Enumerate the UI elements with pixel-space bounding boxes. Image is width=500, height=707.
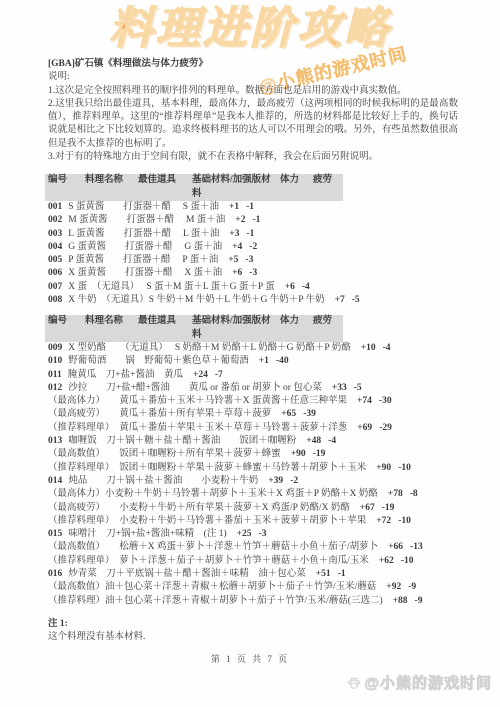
column-header-stamina: 体力 <box>280 174 313 201</box>
column-header-dish: 料理名称 <box>85 315 138 342</box>
recipe-text: G 蛋黄酱 打蛋器＋醋 G 蛋＋油 <box>68 242 222 252</box>
column-header-dish: 料理名称 <box>85 174 138 201</box>
recipe-row: 005P 蛋黄酱 打蛋器＋醋 P 蛋＋油+5-3 <box>48 254 458 267</box>
recipe-text: （最高数值） 松蘑＋X 鸡蛋＋萝卜＋洋葱＋竹笋＋蘑菇＋小鱼＋茄子/胡萝卜 <box>48 542 378 552</box>
stamina-value: +69 <box>357 423 372 433</box>
fatigue-value: -5 <box>354 383 362 393</box>
document-page: @小熊的游戏时间 料理进阶攻略 [GBA]矿石镇《料理做法与体力疲劳》 说明: … <box>0 0 500 707</box>
recipe-text: P 蛋黄酱 打蛋器＋醋 P 蛋＋油 <box>68 255 218 265</box>
stamina-value: +62 <box>379 556 394 566</box>
fatigue-value: -8 <box>410 489 418 499</box>
recipe-row: 014炖品 刀＋锅＋盐＋酱油 小麦粉＋牛奶+39-2 <box>48 475 458 488</box>
recipe-row: （最高数值） 饭团＋咖喱粉＋所有苹果＋菠萝＋蜂蜜+90-19 <box>48 448 458 461</box>
recipe-id: 012 <box>48 383 62 393</box>
corner-watermark-text: @小熊的游戏时间 <box>364 672 492 693</box>
recipe-text: M 蛋黄酱 打蛋器＋醋 M 蛋＋油 <box>68 215 225 225</box>
recipe-row: 004G 蛋黄酱 打蛋器＋醋 G 蛋＋油+4-2 <box>48 241 458 254</box>
recipe-row: 013咖喱饭 刀＋锅＋糖＋盐＋醋＋酱油 饭团＋咖喱粉+48-4 <box>48 435 458 448</box>
column-header-materials: 基础材料/加强版材料 <box>192 315 280 342</box>
fatigue-value: -40 <box>276 356 289 366</box>
recipe-row: 016炒青菜 刀＋平底锅＋盐＋醋＋酱油＋味精 油＋包心菜+51-1 <box>48 568 458 581</box>
intro-paragraph-3: 3.对于有的特殊地方由于空间有限，就不在表格中解释，我会在后面另附说明。 <box>48 151 458 164</box>
stamina-value: +51 <box>316 569 331 579</box>
recipe-id: 006 <box>48 268 62 278</box>
stamina-value: +1 <box>259 356 269 366</box>
recipe-text: 野葡萄酒 锅 野葡萄＋紫色草＋葡萄酒 <box>68 356 249 366</box>
column-header-id: 编号 <box>48 315 85 342</box>
stamina-value: +10 <box>361 343 376 353</box>
recipe-table-section-2: 009X 型奶酪 （无道具） S 奶酪＋M 奶酪＋L 奶酪＋G 奶酪＋P 奶酪+… <box>48 342 458 608</box>
stamina-value: +33 <box>332 383 347 393</box>
stamina-value: +74 <box>357 396 372 406</box>
column-header-tools: 最佳道具 <box>138 315 192 342</box>
recipe-id: 015 <box>48 529 62 539</box>
recipe-text: （推荐料理单） 萝卜＋洋葱＋茄子＋胡萝卜＋竹笋＋蘑菇＋小鱼＋南瓜/玉米 <box>48 556 369 566</box>
column-header-stamina: 体力 <box>280 315 313 342</box>
recipe-text: （推荐料理单） 小麦粉＋牛奶＋马铃薯＋番茄＋玉米＋菠萝＋胡萝卜＋苹果 <box>48 516 366 526</box>
stamina-value: +6 <box>232 268 242 278</box>
stamina-value: +7 <box>335 295 345 305</box>
column-header-fatigue: 疲劳 <box>313 174 340 201</box>
fatigue-value: -39 <box>303 409 316 419</box>
corner-watermark: @小熊的游戏时间 <box>346 672 492 693</box>
recipe-text: 咖喱饭 刀＋锅＋糖＋盐＋醋＋酱油 饭团＋咖喱粉 <box>68 436 296 446</box>
fatigue-value: -1 <box>246 229 254 239</box>
fatigue-value: -1 <box>338 569 346 579</box>
recipe-row: 009X 型奶酪 （无道具） S 奶酪＋M 奶酪＋L 奶酪＋G 奶酪＋P 奶酪+… <box>48 342 458 355</box>
recipe-row: （推荐料理）油＋包心菜＋洋葱＋青椒＋胡萝卜＋茄子＋竹笋/玉米/蘑菇(三选二)+8… <box>48 595 458 608</box>
recipe-text: L 蛋黄酱 打蛋器＋醋 L 蛋＋油 <box>68 229 219 239</box>
recipe-row: （最高疲劳） 黄瓜＋番茄＋所有苹果＋草莓＋菠萝+65-39 <box>48 408 458 421</box>
recipe-text: （最高数值）油＋包心菜＋洋葱＋青椒＋松蘑＋胡萝卜＋茄子＋竹笋/玉米/蘑菇 <box>48 582 376 592</box>
note-label: 注 1: <box>48 618 458 631</box>
fatigue-value: -1 <box>246 202 254 212</box>
recipe-text: （最高体力）小麦粉＋牛奶＋马铃薯＋胡萝卜＋玉米＋X 鸡蛋＋P 奶酪＋X 奶酪 <box>48 489 378 499</box>
recipe-id: 014 <box>48 476 62 486</box>
recipe-text: （最高疲劳） 黄瓜＋番茄＋所有苹果＋草莓＋菠萝 <box>48 409 271 419</box>
fatigue-value: -3 <box>245 255 253 265</box>
fatigue-value: -4 <box>302 282 310 292</box>
stamina-value: +6 <box>285 282 295 292</box>
recipe-row: （最高体力） 黄瓜＋番茄＋玉米＋马铃薯＋X 蛋黄酱＋任意三种苹果+74-30 <box>48 395 458 408</box>
stamina-value: +67 <box>360 503 375 513</box>
fatigue-value: -3 <box>259 529 267 539</box>
stamina-value: +78 <box>388 489 403 499</box>
fatigue-value: -1 <box>252 215 260 225</box>
stamina-value: +90 <box>291 449 306 459</box>
fatigue-value: -10 <box>398 463 411 473</box>
recipe-text: （最高体力） 黄瓜＋番茄＋玉米＋马铃薯＋X 蛋黄酱＋任意三种苹果 <box>48 396 347 406</box>
recipe-text: 腌黄瓜 刀+盐+酱油 黄瓜 <box>68 370 183 380</box>
page-number: 第 1 页 共 7 页 <box>0 652 500 665</box>
recipe-text: （推荐料理单） 黄瓜＋番茄＋苹果＋玉米＋草莓＋马铃薯＋菠萝＋洋葱 <box>48 423 347 433</box>
stamina-value: +25 <box>237 529 252 539</box>
stamina-value: +90 <box>376 463 391 473</box>
recipe-row: 011腌黄瓜 刀+盐+酱油 黄瓜+24-7 <box>48 369 458 382</box>
recipe-text: 沙拉 刀+盐+醋+酱油 黄瓜 or 番茄 or 胡萝卜 or 包心菜 <box>68 383 322 393</box>
recipe-text: X 牛奶 （无道具）S 牛奶＋M 牛奶＋L 牛奶＋G 牛奶＋P 牛奶 <box>68 295 324 305</box>
recipe-text: 味噌汁 刀+锅+盐+酱油+味精 (注 1) <box>68 529 226 539</box>
stamina-value: +48 <box>306 436 321 446</box>
recipe-row: 015味噌汁 刀+锅+盐+酱油+味精 (注 1)+25-3 <box>48 528 458 541</box>
fatigue-value: -4 <box>383 343 391 353</box>
recipe-id: 001 <box>48 202 62 212</box>
fatigue-value: -3 <box>249 268 257 278</box>
recipe-text: （最高数值） 饭团＋咖喱粉＋所有苹果＋菠萝＋蜂蜜 <box>48 449 281 459</box>
recipe-text: 炒青菜 刀＋平底锅＋盐＋醋＋酱油＋味精 油＋包心菜 <box>68 569 306 579</box>
recipe-text: X 蛋黄酱 打蛋器＋醋 X 蛋＋油 <box>68 268 222 278</box>
fatigue-value: -2 <box>290 476 298 486</box>
recipe-row: （最高数值） 松蘑＋X 鸡蛋＋萝卜＋洋葱＋竹笋＋蘑菇＋小鱼＋茄子/胡萝卜+66-… <box>48 541 458 554</box>
recipe-text: （推荐料理单） 饭团＋咖喱粉＋苹果＋菠萝＋蜂蜜＋马铃薯＋胡萝卜＋玉米 <box>48 463 366 473</box>
table-header-1: 编号 料理名称 最佳道具 基础材料/加强版材料 体力 疲劳 <box>45 174 343 201</box>
stamina-value: +72 <box>376 516 391 526</box>
column-header-id: 编号 <box>48 174 85 201</box>
recipe-id: 005 <box>48 255 62 265</box>
recipe-row: （推荐料理单） 饭团＋咖喱粉＋苹果＋菠萝＋蜂蜜＋马铃薯＋胡萝卜＋玉米+90-10 <box>48 462 458 475</box>
recipe-text: X 型奶酪 （无道具） S 奶酪＋M 奶酪＋L 奶酪＋G 奶酪＋P 奶酪 <box>68 343 350 353</box>
recipe-row: （推荐料理单） 小麦粉＋牛奶＋马铃薯＋番茄＋玉米＋菠萝＋胡萝卜＋苹果+72-10 <box>48 515 458 528</box>
fatigue-value: -10 <box>398 516 411 526</box>
column-header-tools: 最佳道具 <box>138 174 192 201</box>
fatigue-value: -7 <box>215 370 223 380</box>
column-header-materials: 基础材料/加强版材料 <box>192 174 280 201</box>
recipe-row: 008X 牛奶 （无道具）S 牛奶＋M 牛奶＋L 牛奶＋G 牛奶＋P 牛奶+7-… <box>48 294 458 307</box>
recipe-row: （最高数值）油＋包心菜＋洋葱＋青椒＋松蘑＋胡萝卜＋茄子＋竹笋/玉米/蘑菇+92-… <box>48 581 458 594</box>
fatigue-value: -9 <box>415 596 423 606</box>
fatigue-value: -9 <box>408 582 416 592</box>
recipe-text: （推荐料理）油＋包心菜＋洋葱＋青椒＋胡萝卜＋茄子＋竹笋/玉米/蘑菇(三选二) <box>48 596 383 606</box>
recipe-row: （最高体力）小麦粉＋牛奶＋马铃薯＋胡萝卜＋玉米＋X 鸡蛋＋P 奶酪＋X 奶酪+7… <box>48 488 458 501</box>
fatigue-value: -2 <box>249 242 257 252</box>
recipe-id: 007 <box>48 282 62 292</box>
table-header-2: 编号 料理名称 最佳道具 基础材料/加强版材料 体力 疲劳 <box>45 315 343 342</box>
recipe-id: 011 <box>48 370 62 380</box>
recipe-row: （最高疲劳） 小麦粉＋牛奶＋所有苹果＋菠萝＋X 鸡蛋/P 奶酪/X 奶酪+67-… <box>48 502 458 515</box>
recipe-id: 003 <box>48 229 62 239</box>
recipe-id: 009 <box>48 343 62 353</box>
fatigue-value: -13 <box>410 542 423 552</box>
fatigue-value: -30 <box>379 396 392 406</box>
stamina-value: +88 <box>393 596 408 606</box>
recipe-row: （推荐料理单） 黄瓜＋番茄＋苹果＋玉米＋草莓＋马铃薯＋菠萝＋洋葱+69-29 <box>48 422 458 435</box>
recipe-id: 008 <box>48 295 62 305</box>
recipe-text: S 蛋黄酱 打蛋器＋醋 S 蛋＋油 <box>68 202 219 212</box>
recipe-text: 炖品 刀＋锅＋盐＋酱油 小麦粉＋牛奶 <box>68 476 258 486</box>
fatigue-value: -19 <box>382 503 395 513</box>
stamina-value: +39 <box>268 476 283 486</box>
stamina-value: +92 <box>386 582 401 592</box>
intro-paragraph-1: 1.这次是完全按照料理书的顺序排列的料理单。数据方面也是启用的游戏中真实数值。 <box>48 85 458 98</box>
recipe-row: （推荐料理单） 萝卜＋洋葱＋茄子＋胡萝卜＋竹笋＋蘑菇＋小鱼＋南瓜/玉米+62-1… <box>48 555 458 568</box>
fatigue-value: -29 <box>379 423 392 433</box>
recipe-id: 013 <box>48 436 62 446</box>
recipe-id: 002 <box>48 215 62 225</box>
recipe-id: 016 <box>48 569 62 579</box>
recipe-row: 006X 蛋黄酱 打蛋器＋醋 X 蛋＋油+6-3 <box>48 267 458 280</box>
stamina-value: +24 <box>193 370 208 380</box>
intro-label: 说明: <box>48 71 458 84</box>
recipe-row: 007X 蛋 （无道具） S 蛋＋M 蛋＋L 蛋＋G 蛋＋P 蛋+6-4 <box>48 281 458 294</box>
recipe-row: 002M 蛋黄酱 打蛋器＋醋 M 蛋＋油+2-1 <box>48 214 458 227</box>
stamina-value: +1 <box>229 202 239 212</box>
stamina-value: +65 <box>281 409 296 419</box>
stamina-value: +3 <box>229 229 239 239</box>
column-header-fatigue: 疲劳 <box>313 315 340 342</box>
recipe-row: 012沙拉 刀+盐+醋+酱油 黄瓜 or 番茄 or 胡萝卜 or 包心菜+33… <box>48 382 458 395</box>
fatigue-value: -5 <box>352 295 360 305</box>
stamina-value: +66 <box>388 542 403 552</box>
stamina-value: +4 <box>232 242 242 252</box>
paw-icon <box>346 675 362 691</box>
fatigue-value: -4 <box>328 436 336 446</box>
recipe-id: 010 <box>48 356 62 366</box>
fatigue-value: -10 <box>401 556 414 566</box>
document-content: [GBA]矿石镇《料理做法与体力疲劳》 说明: 1.这次是完全按照料理书的顺序排… <box>48 58 458 644</box>
fatigue-value: -19 <box>313 449 326 459</box>
recipe-row: 010野葡萄酒 锅 野葡萄＋紫色草＋葡萄酒+1-40 <box>48 355 458 368</box>
recipe-row: 003L 蛋黄酱 打蛋器＋醋 L 蛋＋油+3-1 <box>48 228 458 241</box>
note-text: 这个料理没有基本材料. <box>48 631 458 644</box>
recipe-row: 001S 蛋黄酱 打蛋器＋醋 S 蛋＋油+1-1 <box>48 201 458 214</box>
recipe-text: （最高疲劳） 小麦粉＋牛奶＋所有苹果＋菠萝＋X 鸡蛋/P 奶酪/X 奶酪 <box>48 503 350 513</box>
stamina-value: +2 <box>235 215 245 225</box>
subtitle: [GBA]矿石镇《料理做法与体力疲劳》 <box>48 58 458 71</box>
recipe-id: 004 <box>48 242 62 252</box>
recipe-table-section-1: 001S 蛋黄酱 打蛋器＋醋 S 蛋＋油+1-1 002M 蛋黄酱 打蛋器＋醋 … <box>48 201 458 307</box>
stamina-value: +5 <box>228 255 238 265</box>
recipe-text: X 蛋 （无道具） S 蛋＋M 蛋＋L 蛋＋G 蛋＋P 蛋 <box>68 282 274 292</box>
page-title: 料理进阶攻略 <box>0 0 500 56</box>
intro-paragraph-2: 2.这里我只给出最佳道具，基本料理，最高体力，最高疲劳（这两项相同的时候我标明的… <box>48 98 458 151</box>
